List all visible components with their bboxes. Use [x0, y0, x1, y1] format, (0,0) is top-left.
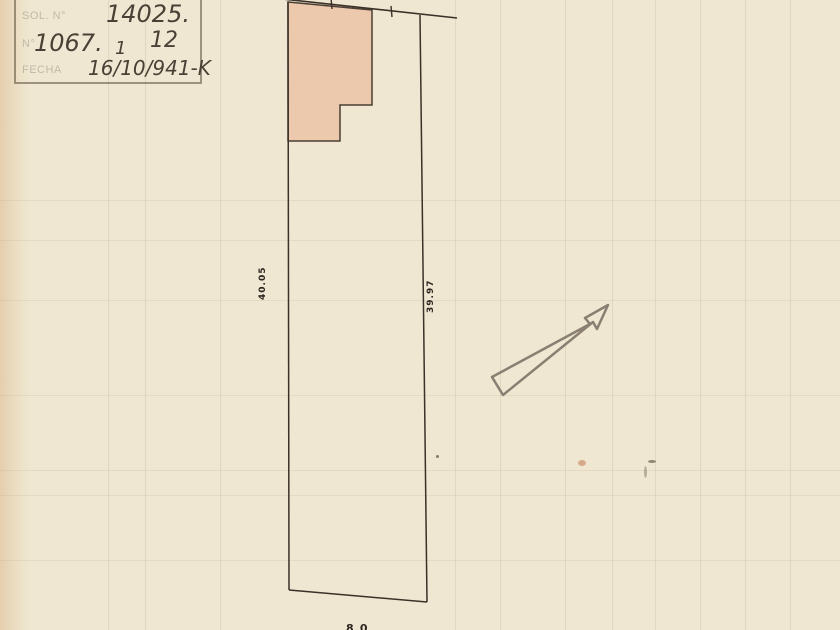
- ink-mark: [644, 466, 647, 478]
- lot-bottom-boundary: [289, 590, 427, 602]
- right-side-dimension: 39.97: [426, 280, 436, 313]
- north-arrow-icon: [492, 305, 608, 395]
- ink-dot: [436, 455, 439, 458]
- lot-plan: [0, 0, 840, 630]
- ink-mark: [648, 460, 656, 463]
- stain-mark: [578, 460, 586, 466]
- building-footprint: [288, 2, 372, 141]
- bottom-side-dimension: 8.0: [346, 622, 369, 630]
- lot-left-boundary: [288, 2, 289, 590]
- left-side-dimension: 40.05: [258, 267, 268, 300]
